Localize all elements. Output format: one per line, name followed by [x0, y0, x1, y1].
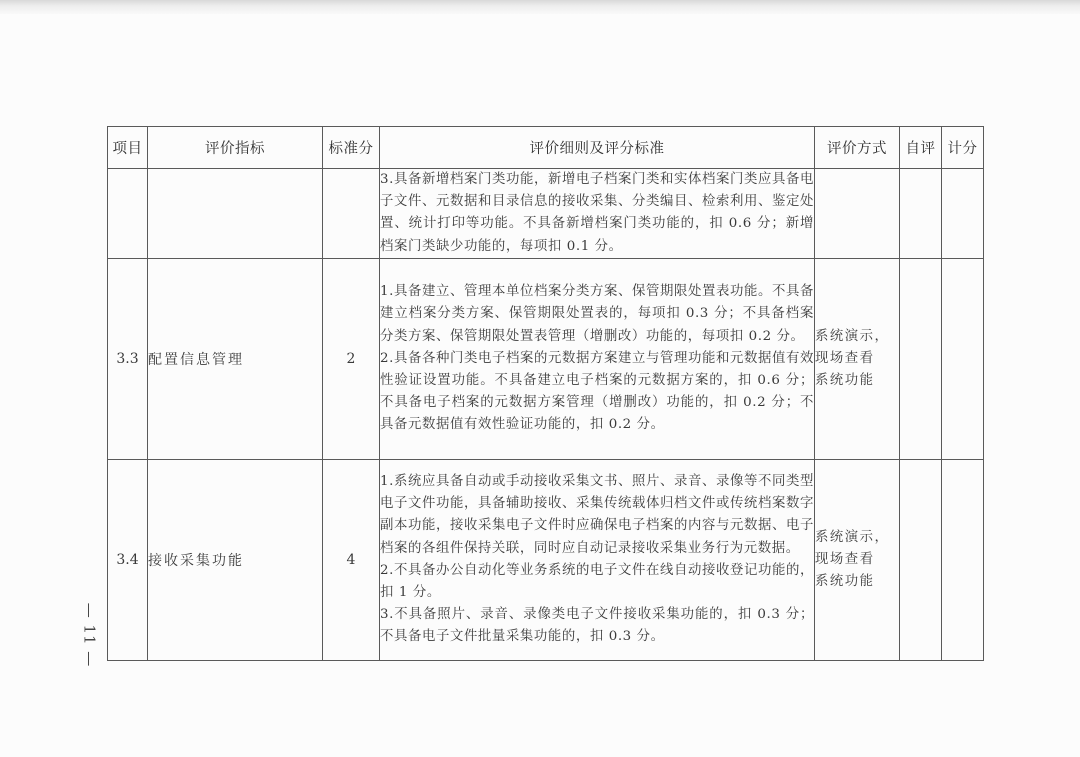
scan-edge-shadow: [0, 0, 1080, 14]
cell-indicator: 接收采集功能: [148, 459, 323, 660]
cell-standard-score: 2: [323, 258, 380, 459]
table-header-row: 项目 评价指标 标准分 评价细则及评分标准 评价方式 自评 计分: [108, 127, 984, 169]
method-line: 现场查看: [815, 348, 899, 370]
detail-paragraph: 1.具备建立、管理本单位档案分类方案、保管期限处置表功能。不具备建立档案分类方案…: [380, 281, 814, 348]
page-number: — 11 —: [74, 600, 104, 670]
detail-paragraph: 1.系统应具备自动或手动接收采集文书、照片、录音、录像等不同类型电子文件功能，具…: [380, 471, 814, 560]
cell-method: [815, 169, 900, 259]
cell-standard-score: 4: [323, 459, 380, 660]
evaluation-table: 项目 评价指标 标准分 评价细则及评分标准 评价方式 自评 计分 3.具备新增档…: [107, 126, 984, 661]
cell-item: 3.3: [108, 258, 148, 459]
cell-indicator: 配置信息管理: [148, 258, 323, 459]
cell-method: 系统演示， 现场查看 系统功能: [815, 258, 900, 459]
page-number-text: — 11 —: [80, 603, 98, 668]
cell-item: 3.4: [108, 459, 148, 660]
cell-method: 系统演示， 现场查看 系统功能: [815, 459, 900, 660]
header-detail: 评价细则及评分标准: [380, 127, 815, 169]
cell-score: [942, 459, 984, 660]
cell-item: [108, 169, 148, 259]
cell-detail: 1.系统应具备自动或手动接收采集文书、照片、录音、录像等不同类型电子文件功能，具…: [380, 459, 815, 660]
cell-score: [942, 258, 984, 459]
header-self-eval: 自评: [900, 127, 942, 169]
cell-self-eval: [900, 258, 942, 459]
cell-self-eval: [900, 459, 942, 660]
header-indicator: 评价指标: [148, 127, 323, 169]
detail-paragraph: 2.具备各种门类电子档案的元数据方案建立与管理功能和元数据值有效性验证设置功能。…: [380, 348, 814, 437]
cell-detail: 3.具备新增档案门类功能，新增电子档案门类和实体档案门类应具备电子文件、元数据和…: [380, 169, 815, 259]
detail-paragraph: 2.不具备办公自动化等业务系统的电子文件在线自动接收登记功能的，扣 1 分。: [380, 560, 814, 604]
header-item: 项目: [108, 127, 148, 169]
header-score: 计分: [942, 127, 984, 169]
method-line: 系统演示，: [815, 326, 899, 348]
detail-paragraph: 3.不具备照片、录音、录像类电子文件接收采集功能的，扣 0.3 分；不具备电子文…: [380, 604, 814, 648]
header-method: 评价方式: [815, 127, 900, 169]
method-line: 系统功能: [815, 571, 899, 593]
cell-score: [942, 169, 984, 259]
detail-paragraph: 3.具备新增档案门类功能，新增电子档案门类和实体档案门类应具备电子文件、元数据和…: [380, 169, 814, 258]
table-row: 3.3 配置信息管理 2 1.具备建立、管理本单位档案分类方案、保管期限处置表功…: [108, 258, 984, 459]
cell-indicator: [148, 169, 323, 259]
method-line: 系统功能: [815, 370, 899, 392]
table-row: 3.4 接收采集功能 4 1.系统应具备自动或手动接收采集文书、照片、录音、录像…: [108, 459, 984, 660]
method-line: 系统演示，: [815, 527, 899, 549]
method-line: 现场查看: [815, 549, 899, 571]
header-standard-score: 标准分: [323, 127, 380, 169]
table-row: 3.具备新增档案门类功能，新增电子档案门类和实体档案门类应具备电子文件、元数据和…: [108, 169, 984, 259]
cell-self-eval: [900, 169, 942, 259]
cell-detail: 1.具备建立、管理本单位档案分类方案、保管期限处置表功能。不具备建立档案分类方案…: [380, 258, 815, 459]
cell-standard-score: [323, 169, 380, 259]
